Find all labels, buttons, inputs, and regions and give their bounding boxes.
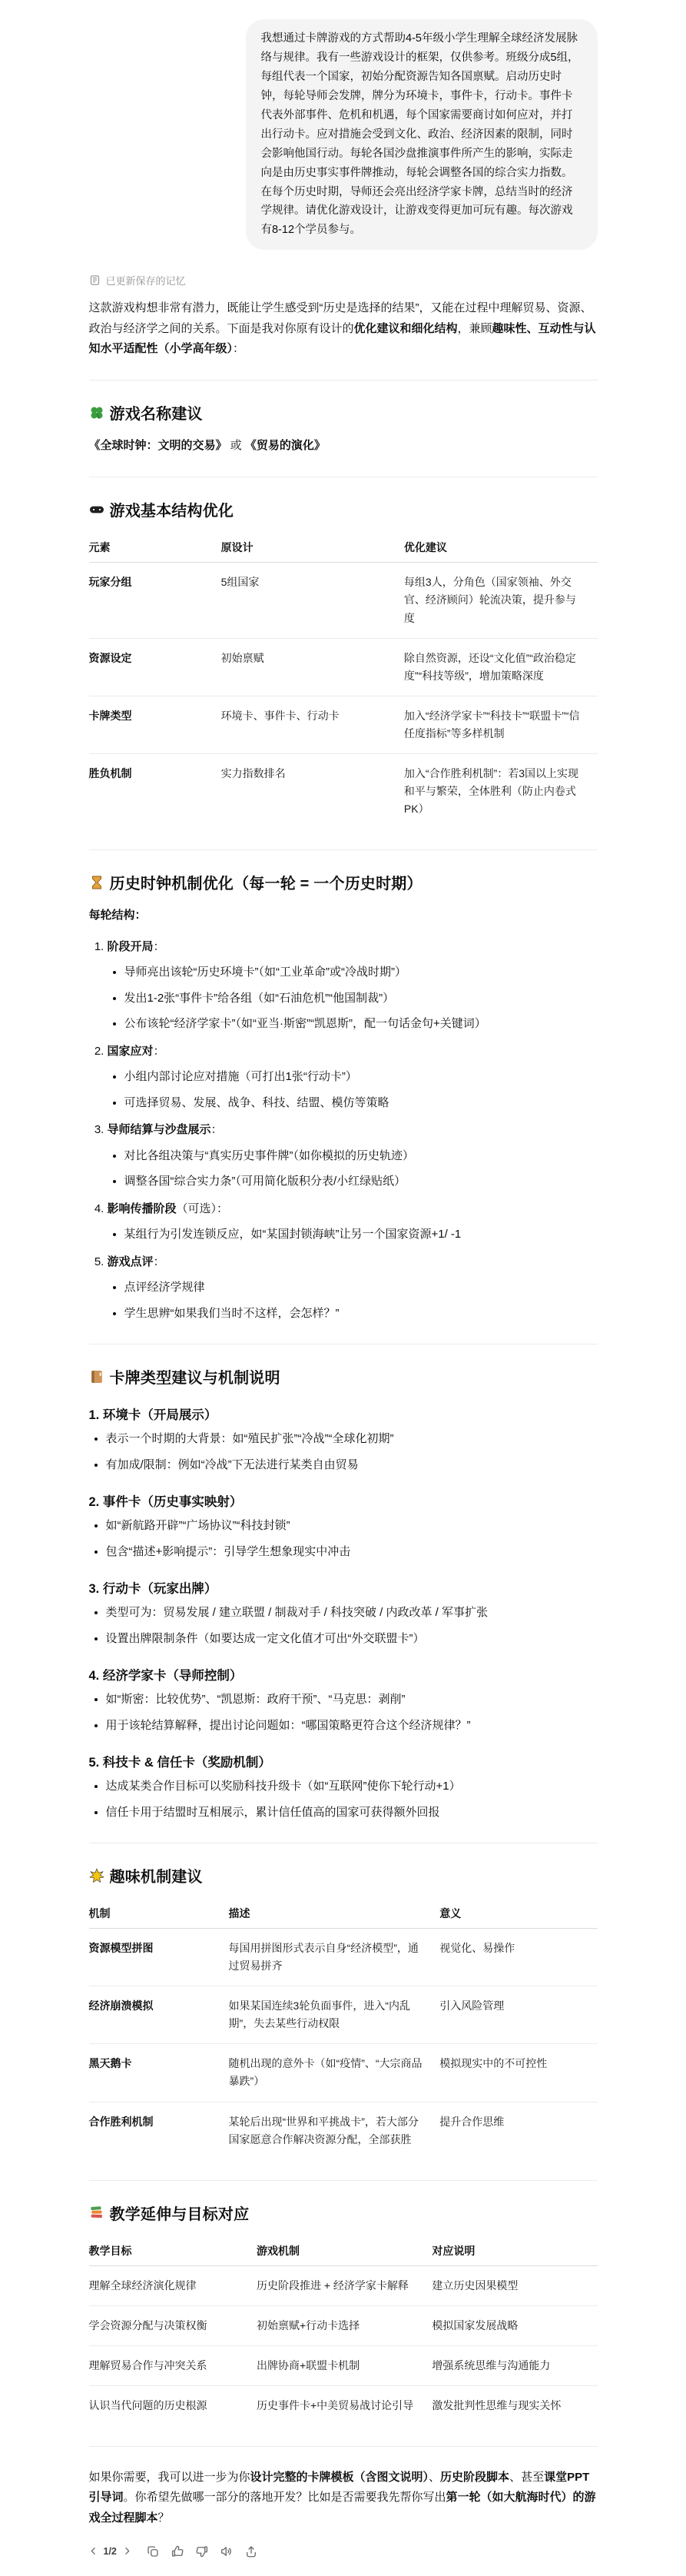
chevron-right-icon (122, 2546, 132, 2556)
table-row: 合作胜利机制 某轮后出现“世界和平挑战卡”，若大部分国家愿意合作解决资源分配，全… (89, 2102, 598, 2159)
card-type-detail: 信任卡用于结盟时互相展示，累计信任值高的国家可获得额外回报 (106, 1803, 598, 1823)
round-step-detail: 点评经济学规律 (124, 1278, 598, 1298)
table-row: 经济崩溃模拟 如果某国连续3轮负面事件，进入“内乱期”，失去某些行动权限 引入风… (89, 1986, 598, 2044)
table-header-row: 元素 原设计 优化建议 (89, 533, 598, 563)
intro-paragraph: 这款游戏构想非常有潜力，既能让学生感受到“历史是选择的结果”，又能在过程中理解贸… (89, 298, 598, 359)
table-cell: 认识当代问题的历史根源 (89, 2386, 257, 2426)
round-step: 游戏点评： 点评经济学规律 学生思辨“如果我们当时不这样，会怎样？” (108, 1252, 598, 1324)
card-type-heading: 2. 事件卡（历史事实映射） (89, 1491, 598, 1510)
response-toolbar: 1/2 (85, 2541, 598, 2562)
table-row: 资源设定 初始禀赋 除自然资源，还设“文化值”“政治稳定度”“科技等级”，增加策… (89, 638, 598, 696)
gamepad-icon (89, 502, 104, 517)
table-row: 胜负机制 实力指数排名 加入“合作胜利机制”：若3国以上实现和平与繁荣，全体胜利… (89, 753, 598, 829)
table-cell: 加入“合作胜利机制”：若3国以上实现和平与繁荣，全体胜利（防止内卷式PK） (404, 753, 598, 829)
column-header: 优化建议 (404, 533, 598, 563)
round-step-detail: 小组内部讨论应对措施（可打出1张“行动卡”） (124, 1067, 598, 1087)
user-message-row: 我想通过卡牌游戏的方式帮助4-5年级小学生理解全球经济发展脉络与规律。我有一些游… (89, 19, 598, 250)
game-name-2: 《贸易的演化》 (245, 439, 326, 452)
round-step: 影响传播阶段（可选）： 某组行为引发连锁反应，如“某国封锁海峡”让另一个国家资源… (108, 1199, 598, 1245)
table-cell: 胜负机制 (89, 753, 221, 829)
table-row: 学会资源分配与决策权衡 初始禀赋+行动卡选择 模拟国家发展战略 (89, 2305, 598, 2345)
table-cell: 学会资源分配与决策权衡 (89, 2305, 257, 2345)
table-header-row: 机制 描述 意义 (89, 1899, 598, 1929)
card-type-heading: 5. 科技卡 & 信任卡（奖励机制） (89, 1752, 598, 1770)
round-structure-label: 每轮结构： (89, 906, 598, 926)
round-step-detail: 某组行为引发连锁反应，如“某国封锁海峡”让另一个国家资源+1/ -1 (124, 1225, 598, 1245)
memory-notice[interactable]: 已更新保存的记忆 (89, 273, 598, 288)
section-title-structure: 游戏基本结构优化 (89, 498, 598, 520)
column-header: 对应说明 (432, 2236, 597, 2266)
bold-text: 设计完整的卡牌模板（含图文说明） (250, 2471, 429, 2484)
table-cell: 玩家分组 (89, 563, 221, 638)
table-cell: 实力指数排名 (221, 753, 404, 829)
section-divider (89, 2446, 598, 2447)
table-cell: 历史事件卡+中美贸易战讨论引导 (257, 2386, 432, 2426)
table-cell: 5组国家 (221, 563, 404, 638)
card-type-detail: 设置出牌限制条件（如要达成一定文化值才可出“外交联盟卡”） (106, 1629, 598, 1649)
round-step-detail: 发出1-2张“事件卡”给各组（如“石油危机”“他国制裁”） (124, 989, 598, 1009)
card-type-heading: 4. 经济学家卡（导师控制） (89, 1665, 598, 1684)
card-type-detail: 如“新航路开辟”“广场协议”“科技封锁” (106, 1516, 598, 1536)
column-header: 机制 (89, 1899, 229, 1929)
structure-table: 元素 原设计 优化建议 玩家分组 5组国家 每组3人，分角色（国家领袖、外交官、… (89, 533, 598, 829)
table-cell: 激发批判性思维与现实关怀 (432, 2386, 597, 2426)
section-title-cards: 卡牌类型建议与机制说明 (89, 1365, 598, 1388)
card-type-bullets: 类型可为：贸易发展 / 建立联盟 / 制裁对手 / 科技突破 / 内政改革 / … (89, 1603, 598, 1648)
speaker-icon (220, 2544, 234, 2558)
card-type-bullets: 如“斯密：比较优势”、“凯恩斯：政府干预”、“马克思：剥削” 用于该轮结算解释，… (89, 1690, 598, 1735)
column-header: 原设计 (221, 533, 404, 563)
round-step-detail: 可选择贸易、发展、战争、科技、结盟、模仿等策略 (124, 1093, 598, 1113)
read-aloud-button[interactable] (216, 2541, 237, 2562)
column-header: 意义 (439, 1899, 597, 1929)
column-header: 游戏机制 (257, 2236, 432, 2266)
column-header: 描述 (229, 1899, 440, 1929)
table-cell: 环境卡、事件卡、行动卡 (221, 696, 404, 753)
copy-icon (146, 2544, 160, 2558)
table-cell: 合作胜利机制 (89, 2102, 229, 2159)
table-cell: 初始禀赋 (221, 638, 404, 696)
user-message-bubble: 我想通过卡牌游戏的方式帮助4-5年级小学生理解全球经济发展脉络与规律。我有一些游… (246, 19, 598, 250)
notebook-icon (89, 1369, 104, 1384)
round-step-detail: 调整各国“综合实力条”（可用简化版积分表/小红绿贴纸） (124, 1172, 598, 1192)
hourglass-icon (89, 875, 104, 890)
bold-text: 优化建议和细化结构 (354, 322, 458, 335)
thumbs-down-button[interactable] (191, 2541, 213, 2562)
table-cell: 出牌协商+联盟卡机制 (257, 2345, 432, 2385)
card-type-detail: 表示一个时期的大背景：如“殖民扩张”“冷战”“全球化初期” (106, 1429, 598, 1449)
table-row: 理解全球经济演化规律 历史阶段推进 + 经济学家卡解释 建立历史因果模型 (89, 2265, 598, 2305)
card-type-heading: 3. 行动卡（玩家出牌） (89, 1578, 598, 1597)
closing-paragraph: 如果你需要，我可以进一步为你设计完整的卡牌模板（含图文说明）、历史阶段脚本、甚至… (89, 2468, 598, 2528)
card-type-detail: 如“斯密：比较优势”、“凯恩斯：政府干预”、“马克思：剥削” (106, 1690, 598, 1710)
table-cell: 理解全球经济演化规律 (89, 2265, 257, 2305)
previous-response-button[interactable] (85, 2542, 102, 2560)
books-icon (89, 2205, 104, 2220)
table-cell: 理解贸易合作与冲突关系 (89, 2345, 257, 2385)
table-row: 玩家分组 5组国家 每组3人，分角色（国家领袖、外交官、经济顾问）轮流决策，提升… (89, 563, 598, 638)
round-step-detail: 导师亮出该轮“历史环境卡”（如“工业革命”或“冷战时期”） (124, 962, 598, 982)
round-step-detail: 对比各组决策与“真实历史事件牌”（如你模拟的历史轨迹） (124, 1146, 598, 1166)
card-type-detail: 用于该轮结算解释，提出讨论问题如：“哪国策略更符合这个经济规律？” (106, 1716, 598, 1736)
table-header-row: 教学目标 游戏机制 对应说明 (89, 2236, 598, 2266)
teaching-goals-table: 教学目标 游戏机制 对应说明 理解全球经济演化规律 历史阶段推进 + 经济学家卡… (89, 2236, 598, 2425)
table-cell: 卡牌类型 (89, 696, 221, 753)
table-cell: 资源设定 (89, 638, 221, 696)
card-type-detail: 包含“描述+影响提示”：引导学生想象现实中冲击 (106, 1542, 598, 1562)
copy-button[interactable] (142, 2541, 164, 2562)
table-cell: 如果某国连续3轮负面事件，进入“内乱期”，失去某些行动权限 (229, 1986, 440, 2044)
section-divider (89, 1344, 598, 1345)
round-step: 导师结算与沙盘展示： 对比各组决策与“真实历史事件牌”（如你模拟的历史轨迹） 调… (108, 1120, 598, 1192)
clover-icon (89, 405, 104, 420)
table-cell: 建立历史因果模型 (432, 2265, 597, 2305)
table-cell: 经济崩溃模拟 (89, 1986, 229, 2044)
table-row: 认识当代问题的历史根源 历史事件卡+中美贸易战讨论引导 激发批判性思维与现实关怀 (89, 2386, 598, 2426)
table-row: 黑天鹅卡 随机出现的意外卡（如“疫情”、“大宗商品暴跌”） 模拟现实中的不可控性 (89, 2044, 598, 2102)
response-pager: 1/2 (85, 2542, 136, 2560)
table-cell: 除自然资源，还设“文化值”“政治稳定度”“科技等级”，增加策略深度 (404, 638, 598, 696)
chevron-left-icon (88, 2546, 98, 2556)
share-icon (244, 2544, 258, 2558)
section-divider (89, 2180, 598, 2181)
next-response-button[interactable] (118, 2542, 136, 2560)
column-header: 元素 (89, 533, 221, 563)
table-row: 卡牌类型 环境卡、事件卡、行动卡 加入“经济学家卡”“科技卡”“联盟卡”“信任度… (89, 696, 598, 753)
star-icon (89, 1868, 104, 1883)
thumbs-up-button[interactable] (167, 2541, 188, 2562)
section-title-naming: 游戏名称建议 (89, 401, 598, 424)
memory-notice-label: 已更新保存的记忆 (106, 273, 186, 288)
table-cell: 历史阶段推进 + 经济学家卡解释 (257, 2265, 432, 2305)
round-step-detail: 学生思辨“如果我们当时不这样，会怎样？” (124, 1304, 598, 1324)
table-cell: 增强系统思维与沟通能力 (432, 2345, 597, 2385)
table-cell: 引入风险管理 (439, 1986, 597, 2044)
table-cell: 每国用拼图形式表示自身“经济模型”，通过贸易拼齐 (229, 1929, 440, 1986)
thumbs-down-icon (195, 2544, 209, 2558)
round-step: 国家应对： 小组内部讨论应对措施（可打出1张“行动卡”） 可选择贸易、发展、战争… (108, 1042, 598, 1113)
card-type-detail: 有加成/限制：例如“冷战”下无法进行某类自由贸易 (106, 1455, 598, 1475)
memory-icon (89, 274, 101, 286)
column-header: 教学目标 (89, 2236, 257, 2266)
round-steps-list: 阶段开局： 导师亮出该轮“历史环境卡”（如“工业革命”或“冷战时期”） 发出1-… (89, 937, 598, 1324)
card-type-bullets: 如“新航路开辟”“广场协议”“科技封锁” 包含“描述+影响提示”：引导学生想象现… (89, 1516, 598, 1561)
table-cell: 模拟国家发展战略 (432, 2305, 597, 2345)
card-type-bullets: 达成某类合作目标可以奖励科技升级卡（如“互联网”使你下轮行动+1） 信任卡用于结… (89, 1777, 598, 1822)
round-step-detail: 公布该轮“经济学家卡”（如“亚当·斯密”“凯恩斯”，配一句话金句+关键词） (124, 1014, 598, 1034)
section-divider (89, 477, 598, 477)
table-cell: 初始禀赋+行动卡选择 (257, 2305, 432, 2345)
table-cell: 视觉化、易操作 (439, 1929, 597, 1986)
page-indicator: 1/2 (104, 2546, 117, 2557)
assistant-message: 这款游戏构想非常有潜力，既能让学生感受到“历史是选择的结果”，又能在过程中理解贸… (89, 298, 598, 2562)
table-row: 资源模型拼图 每国用拼图形式表示自身“经济模型”，通过贸易拼齐 视觉化、易操作 (89, 1929, 598, 1986)
card-type-bullets: 表示一个时期的大背景：如“殖民扩张”“冷战”“全球化初期” 有加成/限制：例如“… (89, 1429, 598, 1474)
card-type-detail: 达成某类合作目标可以奖励科技升级卡（如“互联网”使你下轮行动+1） (106, 1777, 598, 1797)
card-type-heading: 1. 环境卡（开局展示） (89, 1404, 598, 1423)
share-button[interactable] (240, 2541, 262, 2562)
table-cell: 某轮后出现“世界和平挑战卡”，若大部分国家愿意合作解决资源分配，全部获胜 (229, 2102, 440, 2159)
table-cell: 黑天鹅卡 (89, 2044, 229, 2102)
table-cell: 随机出现的意外卡（如“疫情”、“大宗商品暴跌”） (229, 2044, 440, 2102)
round-step: 阶段开局： 导师亮出该轮“历史环境卡”（如“工业革命”或“冷战时期”） 发出1-… (108, 937, 598, 1034)
section-title-fun: 趣味机制建议 (89, 1864, 598, 1886)
section-divider (89, 1843, 598, 1843)
table-cell: 每组3人，分角色（国家领袖、外交官、经济顾问）轮流决策，提升参与度 (404, 563, 598, 638)
fun-mechanics-table: 机制 描述 意义 资源模型拼图 每国用拼图形式表示自身“经济模型”，通过贸易拼齐… (89, 1899, 598, 2159)
table-cell: 资源模型拼图 (89, 1929, 229, 1986)
table-cell: 加入“经济学家卡”“科技卡”“联盟卡”“信任度指标”等多样机制 (404, 696, 598, 753)
table-row: 理解贸易合作与冲突关系 出牌协商+联盟卡机制 增强系统思维与沟通能力 (89, 2345, 598, 2385)
bold-text: 历史阶段脚本 (440, 2471, 509, 2484)
section-title-teaching: 教学延伸与目标对应 (89, 2202, 598, 2224)
table-cell: 模拟现实中的不可控性 (439, 2044, 597, 2102)
card-type-detail: 类型可为：贸易发展 / 建立联盟 / 制裁对手 / 科技突破 / 内政改革 / … (106, 1603, 598, 1623)
table-cell: 提升合作思维 (439, 2102, 597, 2159)
game-names: 《全球时钟：文明的交易》 或 《贸易的演化》 (89, 436, 598, 456)
thumbs-up-icon (171, 2544, 184, 2558)
chat-thread: 我想通过卡牌游戏的方式帮助4-5年级小学生理解全球经济发展脉络与规律。我有一些游… (89, 0, 598, 2562)
game-name-1: 《全球时钟：文明的交易》 (89, 439, 227, 452)
section-divider (89, 380, 598, 381)
section-divider (89, 849, 598, 850)
section-title-clock: 历史时钟机制优化（每一轮 = 一个历史时期） (89, 871, 598, 893)
